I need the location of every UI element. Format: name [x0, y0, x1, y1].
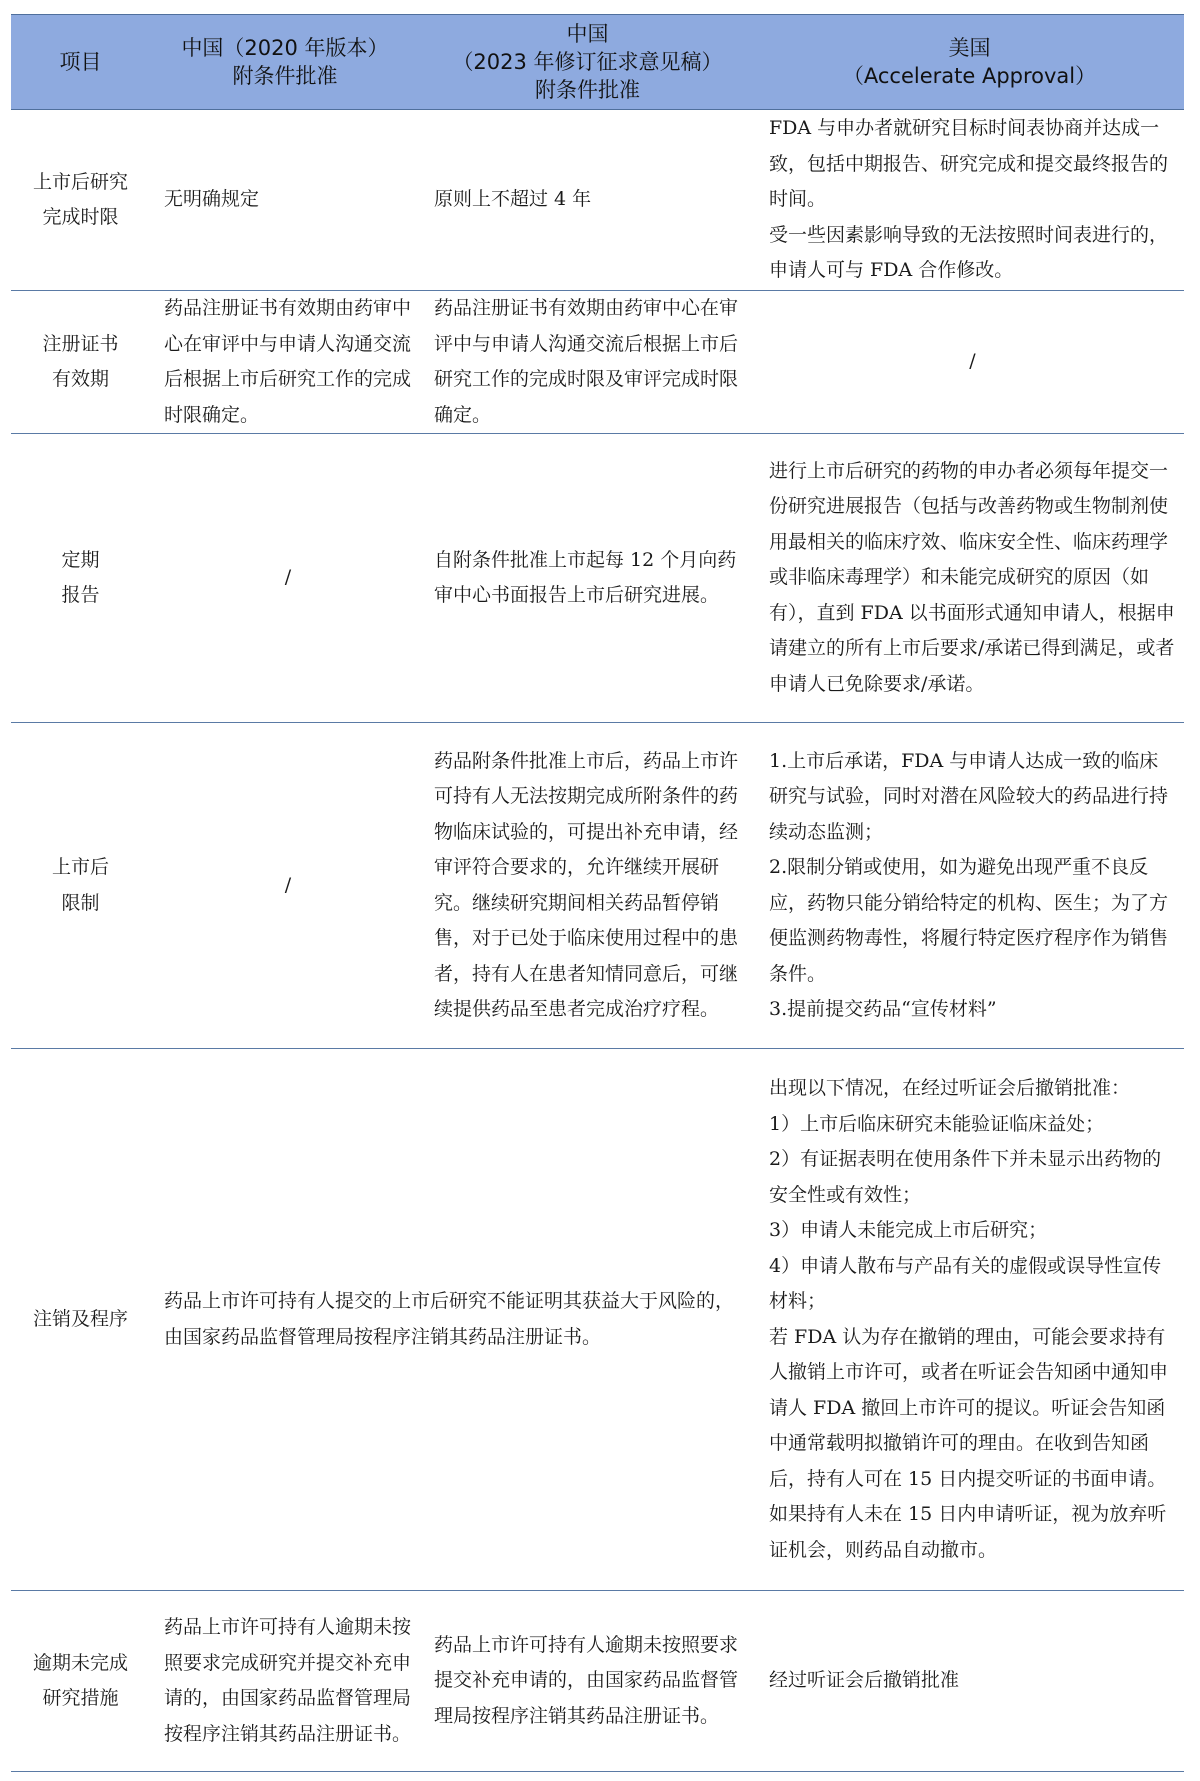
cell-china-2023: 自附条件批准上市起每 12 个月向药审中心书面报告上市后研究进展。 — [420, 434, 755, 723]
cell-us: FDA 与申办者就研究目标时间表协商并达成一致，包括中期报告、研究完成和提交最终… — [755, 110, 1184, 291]
cell-china-2023: 药品附条件批准上市后，药品上市许可持有人无法按期完成所附条件的药物临床试验的，可… — [420, 723, 755, 1049]
cell-china-2023: 药品上市许可持有人逾期未按照要求提交补充申请的，由国家药品监督管理局按程序注销其… — [420, 1591, 755, 1772]
header-us: 美国 （Accelerate Approval） — [755, 15, 1184, 110]
row-item-label: 逾期未完成 研究措施 — [11, 1591, 150, 1772]
cell-us: 出现以下情况，在经过听证会后撤销批准： 1）上市后临床研究未能验证临床益处； 2… — [755, 1049, 1184, 1591]
table-row-certificate-validity: 注册证书 有效期 药品注册证书有效期由药审中心在审评中与申请人沟通交流后根据上市… — [11, 291, 1184, 434]
comparison-table: 项目 中国（2020 年版本） 附条件批准 中国 （2023 年修订征求意见稿）… — [11, 14, 1184, 1772]
header-china-2020: 中国（2020 年版本） 附条件批准 — [150, 15, 420, 110]
row-item-label: 注册证书 有效期 — [11, 291, 150, 434]
table-row-post-market-restrictions: 上市后 限制 / 药品附条件批准上市后，药品上市许可持有人无法按期完成所附条件的… — [11, 723, 1184, 1049]
cell-us: 进行上市后研究的药物的申办者必须每年提交一份研究进展报告（包括与改善药物或生物制… — [755, 434, 1184, 723]
table-row-revocation-procedure: 注销及程序 药品上市许可持有人提交的上市后研究不能证明其获益大于风险的，由国家药… — [11, 1049, 1184, 1591]
cell-china-2023: 原则上不超过 4 年 — [420, 110, 755, 291]
row-item-label: 上市后 限制 — [11, 723, 150, 1049]
cell-us: 1.上市后承诺，FDA 与申请人达成一致的临床研究与试验，同时对潜在风险较大的药… — [755, 723, 1184, 1049]
cell-us: 经过听证会后撤销批准 — [755, 1591, 1184, 1772]
cell-china-2020: / — [150, 434, 420, 723]
header-china-2023: 中国 （2023 年修订征求意见稿） 附条件批准 — [420, 15, 755, 110]
cell-china-merged: 药品上市许可持有人提交的上市后研究不能证明其获益大于风险的，由国家药品监督管理局… — [150, 1049, 755, 1591]
table-row-completion-deadline: 上市后研究 完成时限 无明确规定 原则上不超过 4 年 FDA 与申办者就研究目… — [11, 110, 1184, 291]
cell-china-2020: 药品上市许可持有人逾期未按照要求完成研究并提交补充申请的，由国家药品监督管理局按… — [150, 1591, 420, 1772]
cell-china-2020: / — [150, 723, 420, 1049]
cell-us: / — [755, 291, 1184, 434]
cell-china-2020: 无明确规定 — [150, 110, 420, 291]
row-item-label: 上市后研究 完成时限 — [11, 110, 150, 291]
cell-china-2020: 药品注册证书有效期由药审中心在审评中与申请人沟通交流后根据上市后研究工作的完成时… — [150, 291, 420, 434]
row-item-label: 注销及程序 — [11, 1049, 150, 1591]
table-row-overdue-measures: 逾期未完成 研究措施 药品上市许可持有人逾期未按照要求完成研究并提交补充申请的，… — [11, 1591, 1184, 1772]
row-item-label: 定期 报告 — [11, 434, 150, 723]
header-row: 项目 中国（2020 年版本） 附条件批准 中国 （2023 年修订征求意见稿）… — [11, 15, 1184, 110]
header-item: 项目 — [11, 15, 150, 110]
table-row-periodic-report: 定期 报告 / 自附条件批准上市起每 12 个月向药审中心书面报告上市后研究进展… — [11, 434, 1184, 723]
cell-china-2023: 药品注册证书有效期由药审中心在审评中与申请人沟通交流后根据上市后研究工作的完成时… — [420, 291, 755, 434]
